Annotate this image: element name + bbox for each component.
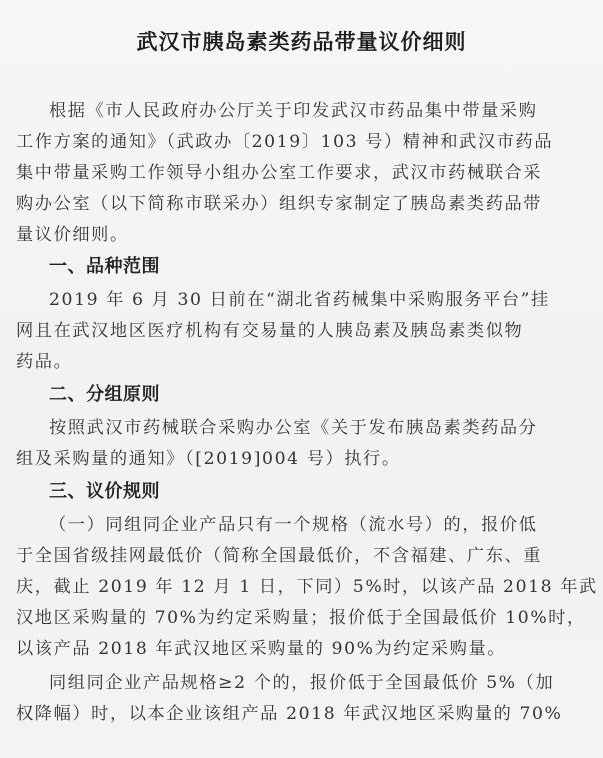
section-2-line-2: 组及采购量的通知》（[2019]004 号）执行。 (16, 444, 401, 469)
section-3-line-6: 同组同企业产品规格≥2 个的，报价低于全国最低价 5%（加 (49, 668, 554, 693)
intro-line-5: 量议价细则。 (16, 220, 129, 245)
intro-line-1: 根据《市人民政府办公厅关于印发武汉市药品集中带量采购 (49, 96, 537, 121)
section-2-line-1: 按照武汉市药械联合采购办公室《关于发布胰岛素类药品分 (49, 413, 537, 438)
section-heading-scope: 一、品种范围 (49, 252, 160, 278)
intro-line-3: 集中带量采购工作领导小组办公室工作要求，武汉市药械联合采 (16, 158, 542, 183)
section-heading-grouping: 二、分组原则 (49, 380, 160, 406)
section-3-line-7: 权降幅）时，以本企业该组产品 2018 年武汉地区采购量的 70% (16, 699, 562, 724)
section-3-line-4: 汉地区采购量的 70%为约定采购量；报价低于全国最低价 10%时， (16, 603, 586, 628)
section-3-line-1: （一）同组同企业产品只有一个规格（流水号）的，报价低 (49, 510, 537, 535)
document-page: 武汉市胰岛素类药品带量议价细则 根据《市人民政府办公厅关于印发武汉市药品集中带量… (0, 0, 603, 758)
section-3-line-5: 以该产品 2018 年武汉地区采购量的 90%为约定采购量。 (16, 634, 506, 659)
section-3-line-2: 于全国省级挂网最低价（简称全国最低价，不含福建、广东、重 (16, 541, 542, 566)
document-title: 武汉市胰岛素类药品带量议价细则 (0, 26, 603, 56)
section-3-line-3: 庆，截止 2019 年 12 月 1 日，下同）5%时，以该产品 2018 年武 (16, 572, 598, 597)
section-heading-pricing-rules: 三、议价规则 (49, 477, 160, 503)
section-1-line-3: 药品。 (16, 347, 72, 372)
section-1-line-1: 2019 年 6 月 30 日前在“湖北省药械集中采购服务平台”挂 (49, 285, 550, 310)
section-1-line-2: 网且在武汉地区医疗机构有交易量的人胰岛素及胰岛素类似物 (16, 316, 523, 341)
intro-line-4: 购办公室（以下简称市联采办）组织专家制定了胰岛素类药品带 (16, 189, 542, 214)
intro-line-2: 工作方案的通知》（武政办〔2019〕103 号）精神和武汉市药品 (16, 127, 553, 152)
